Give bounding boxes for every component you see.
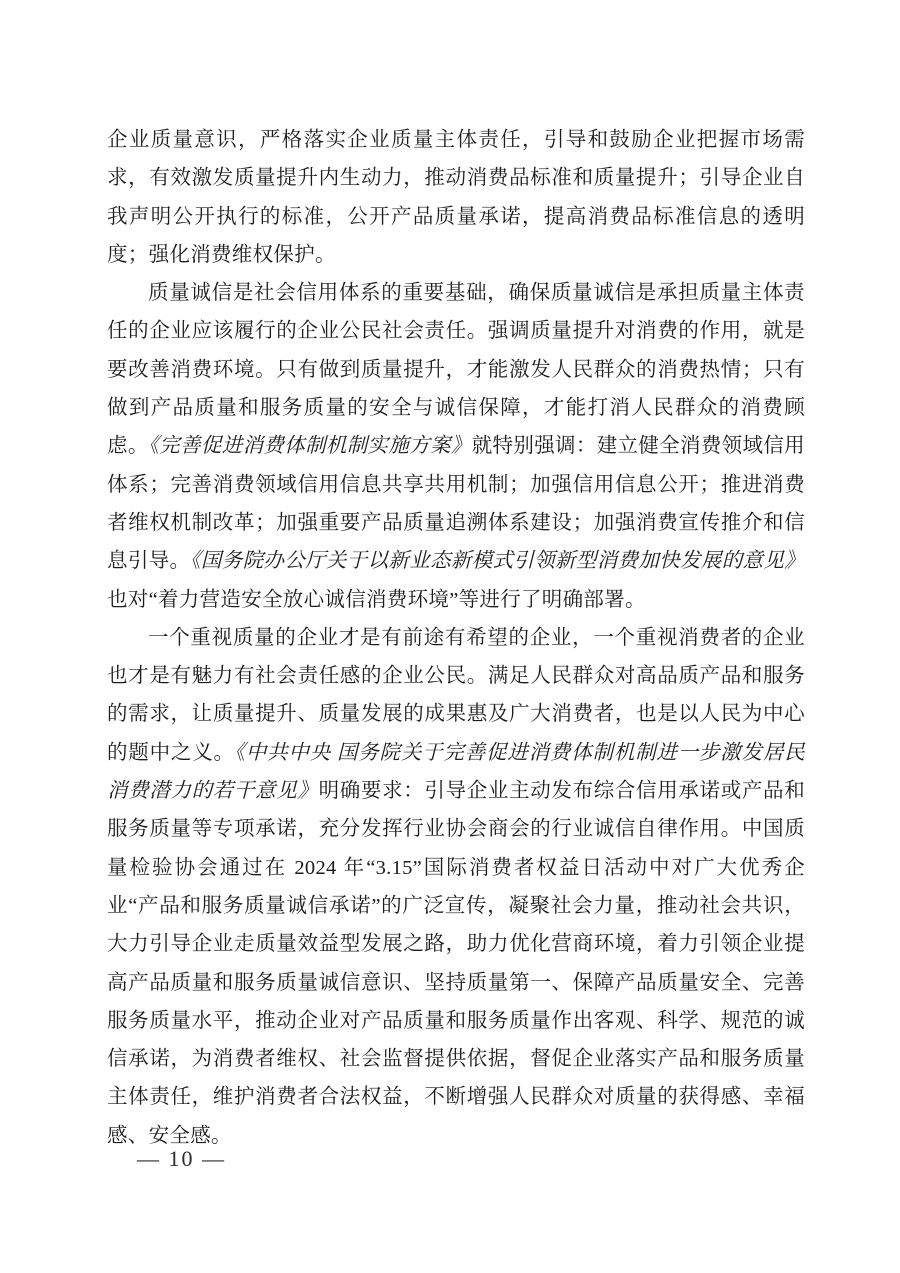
document-title-state-council-new-consumption-opinion: 《国务院办公厅关于以新业态新模式引领新型消费加快发展的意见》 — [190, 550, 805, 572]
paragraph-continuation: 企业质量意识，严格落实企业质量主体责任，引导和鼓励企业把握市场需求，有效激发质量… — [107, 121, 805, 274]
paragraph-quality-integrity-text-3: 也对“着力营造安全放心诚信消费环境”等进行了明确部署。 — [107, 589, 646, 611]
paragraph-quality-integrity-text-1: 质量诚信是社会信用体系的重要基础，确保质量诚信是承担质量主体责任的企业应该履行的… — [107, 282, 805, 457]
document-title-consumption-mechanism-plan: 《完善促进消费体制机制实施方案》 — [149, 435, 472, 457]
page-number: — 10 — — [137, 1146, 226, 1172]
document-body: 企业质量意识，严格落实企业质量主体责任，引导和鼓励企业把握市场需求，有效激发质量… — [107, 121, 805, 1155]
paragraph-continuation-text: 企业质量意识，严格落实企业质量主体责任，引导和鼓励企业把握市场需求，有效激发质量… — [107, 129, 805, 266]
paragraph-enterprise-responsibility: 一个重视质量的企业才是有前途有希望的企业，一个重视消费者的企业也才是有魅力有社会… — [107, 619, 805, 1155]
paragraph-quality-integrity: 质量诚信是社会信用体系的重要基础，确保质量诚信是承担质量主体责任的企业应该履行的… — [107, 274, 805, 619]
paragraph-enterprise-responsibility-text-2: 明确要求：引导企业主动发布综合信用承诺或产品和服务质量等专项承诺，充分发挥行业协… — [107, 780, 805, 1147]
document-page: 企业质量意识，严格落实企业质量主体责任，引导和鼓励企业把握市场需求，有效激发质量… — [0, 0, 900, 1273]
